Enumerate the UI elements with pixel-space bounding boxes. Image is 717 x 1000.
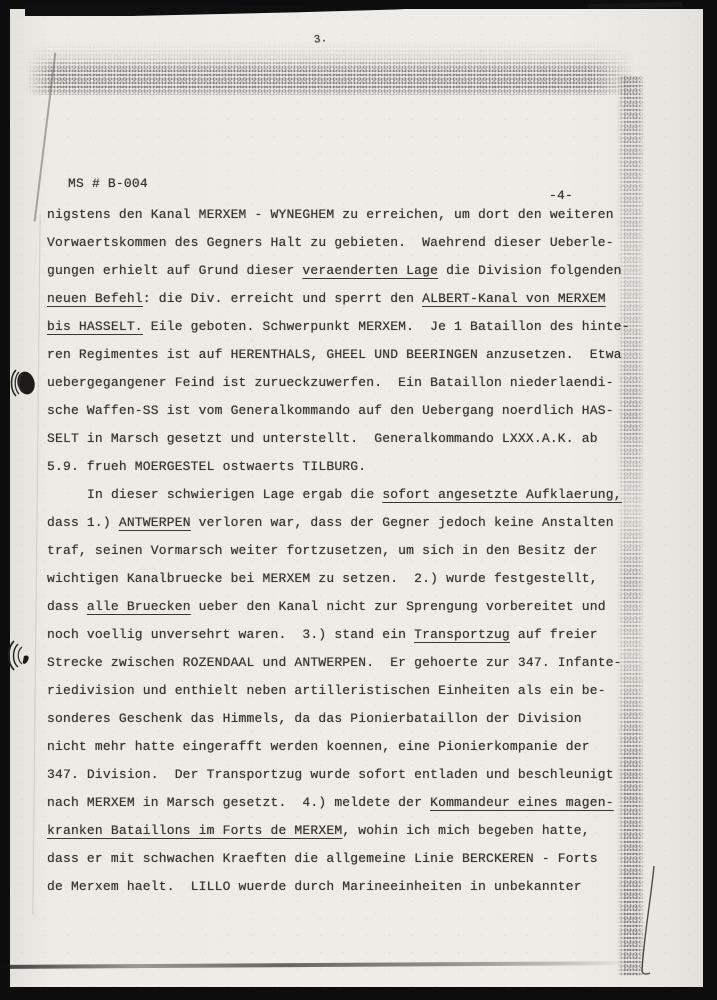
text-segment: nicht mehr hatte eingerafft werden koenn…: [47, 739, 590, 754]
text-line: bis HASSELT. Eile geboten. Schwerpunkt M…: [47, 313, 632, 341]
text-line: 347. Division. Der Transportzug wurde so…: [47, 761, 632, 789]
text-segment: uebergegangener Feind ist zurueckzuwerfe…: [47, 375, 614, 390]
text-line: uebergegangener Feind ist zurueckzuwerfe…: [47, 369, 632, 397]
text-segment: nach MERXEM in Marsch gesetzt. 4.) melde…: [47, 795, 430, 810]
text-segment: verloren war, dass der Gegner jedoch kei…: [191, 515, 614, 530]
underlined-text: ANTWERPEN: [119, 515, 191, 530]
underlined-text: Transportzug: [414, 627, 510, 642]
text-line: neuen Befehl: die Div. erreicht und sper…: [47, 285, 632, 313]
underlined-text: Kommandeur eines magen-: [430, 795, 614, 810]
text-segment: Strecke zwischen ROZENDAAL und ANTWERPEN…: [47, 655, 622, 670]
text-segment: traf, seinen Vormarsch weiter fortzusetz…: [47, 543, 598, 558]
text-line: wichtigen Kanalbruecke bei MERXEM zu set…: [47, 565, 632, 593]
text-line: dass alle Bruecken ueber den Kanal nicht…: [47, 593, 632, 621]
text-segment: , wohin ich mich begeben hatte,: [342, 823, 589, 838]
scan-edge-dash: [588, 2, 683, 9]
text-line: nach MERXEM in Marsch gesetzt. 4.) melde…: [47, 789, 632, 817]
text-body: nigstens den Kanal MERXEM - WYNEGHEM zu …: [47, 201, 632, 901]
underlined-text: sofort angesetzte Aufklaerung,: [382, 487, 621, 502]
text-line: riedivision und enthielt neben artilleri…: [47, 677, 632, 705]
binding-mark-icon: [4, 636, 38, 674]
text-line: de Merxem haelt. LILLO wuerde durch Mari…: [47, 873, 632, 901]
text-segment: sche Waffen-SS ist vom Generalkommando a…: [47, 403, 614, 418]
text-line: sonderes Geschenk das Himmels, da das Pi…: [47, 705, 632, 733]
text-segment: 5.9. frueh MOERGESTEL ostwaerts TILBURG.: [47, 459, 366, 474]
text-segment: wichtigen Kanalbruecke bei MERXEM zu set…: [47, 571, 598, 586]
text-segment: ren Regimentes ist auf HERENTHALS, GHEEL…: [47, 347, 622, 362]
text-line: dass er mit schwachen Kraeften die allge…: [47, 845, 632, 873]
underlined-text: bis HASSELT.: [47, 319, 143, 334]
text-segment: dass: [47, 599, 87, 614]
text-line: sche Waffen-SS ist vom Generalkommando a…: [47, 397, 632, 425]
text-line: Vorwaertskommen des Gegners Halt zu gebi…: [47, 229, 632, 257]
text-line: traf, seinen Vormarsch weiter fortzusetz…: [47, 537, 632, 565]
underlined-text: kranken Bataillons im Forts de MERXEM: [47, 823, 342, 838]
text-line: kranken Bataillons im Forts de MERXEM, w…: [47, 817, 632, 845]
document-id: MS # B-004: [68, 176, 148, 191]
text-segment: auf freier: [510, 627, 598, 642]
text-segment: noch voellig unversehrt waren. 3.) stand…: [47, 627, 414, 642]
text-segment: Vorwaertskommen des Gegners Halt zu gebi…: [47, 235, 614, 250]
scan-background: { "header": { "ms_number": "MS # B-004",…: [0, 0, 717, 1000]
text-line: noch voellig unversehrt waren. 3.) stand…: [47, 621, 632, 649]
text-segment: ueber den Kanal nicht zur Sprengung vorb…: [191, 599, 606, 614]
text-line: nicht mehr hatte eingerafft werden koenn…: [47, 733, 632, 761]
text-line: gungen erhielt auf Grund dieser veraende…: [47, 257, 632, 285]
text-line: dass 1.) ANTWERPEN verloren war, dass de…: [47, 509, 632, 537]
text-segment: SELT in Marsch gesetzt und unterstellt. …: [47, 431, 598, 446]
text-segment: riedivision und enthielt neben artilleri…: [47, 683, 606, 698]
scan-noise-band-top: [26, 41, 636, 95]
text-line: ren Regimentes ist auf HERENTHALS, GHEEL…: [47, 341, 632, 369]
text-segment: dass 1.): [47, 515, 119, 530]
text-segment: Eile geboten. Schwerpunkt MERXEM. Je 1 B…: [143, 319, 630, 334]
text-segment: gungen erhielt auf Grund dieser: [47, 263, 302, 278]
underlined-text: neuen Befehl: [47, 291, 143, 306]
ink-speck-mark: 3.: [313, 33, 328, 47]
underlined-text: ALBERT-Kanal von MERXEM: [422, 291, 606, 306]
text-line: SELT in Marsch gesetzt und unterstellt. …: [47, 425, 632, 453]
text-line: Strecke zwischen ROZENDAAL und ANTWERPEN…: [47, 649, 632, 677]
text-line: 5.9. frueh MOERGESTEL ostwaerts TILBURG.: [47, 453, 632, 481]
text-segment: de Merxem haelt. LILLO wuerde durch Mari…: [47, 879, 582, 894]
text-segment: 347. Division. Der Transportzug wurde so…: [47, 767, 614, 782]
text-segment: : die Div. erreicht und sperrt den: [143, 291, 422, 306]
text-segment: nigstens den Kanal MERXEM - WYNEGHEM zu …: [47, 207, 614, 222]
text-segment: sonderes Geschenk das Himmels, da das Pi…: [47, 711, 582, 726]
text-segment: dass er mit schwachen Kraeften die allge…: [47, 851, 598, 866]
text-segment: In dieser schwierigen Lage ergab die: [87, 487, 382, 502]
page-curl-line: [630, 866, 660, 976]
text-line: In dieser schwierigen Lage ergab die sof…: [47, 481, 632, 509]
binding-mark-icon: [6, 364, 40, 402]
underlined-text: alle Bruecken: [87, 599, 191, 614]
text-line: nigstens den Kanal MERXEM - WYNEGHEM zu …: [47, 201, 632, 229]
underlined-text: veraenderten Lage: [302, 263, 438, 278]
text-segment: die Division folgenden: [438, 263, 622, 278]
